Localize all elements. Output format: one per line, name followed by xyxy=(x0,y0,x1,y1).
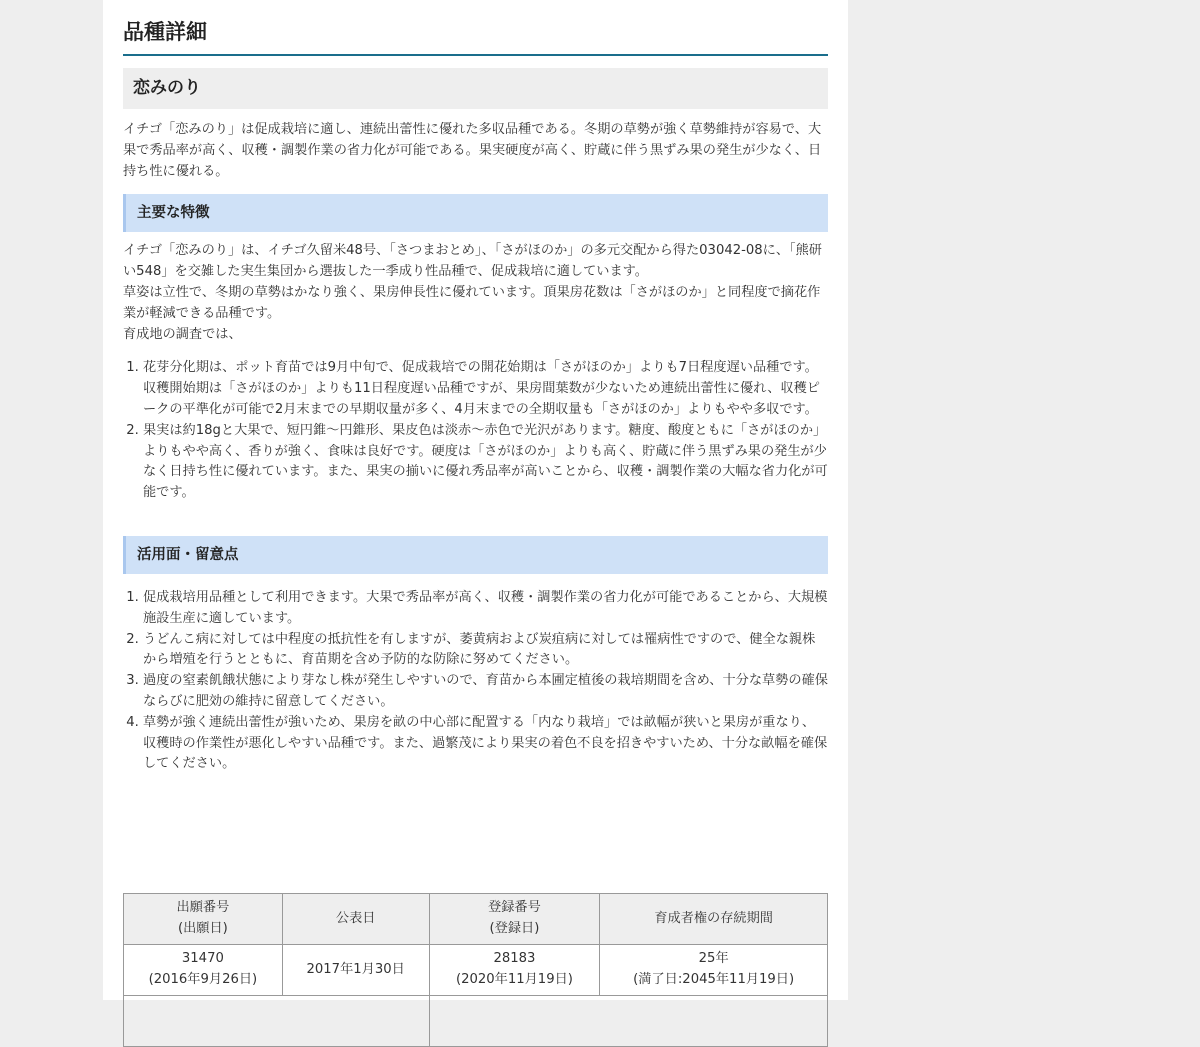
notes-list-item: 促成栽培用品種として利用できます。大果で秀品率が高く、収穫・調製作業の省力化が可… xyxy=(143,588,828,630)
page-title: 品種詳細 xyxy=(123,0,828,56)
features-paragraph: 草姿は立性で、冬期の草勢はかなり強く、果房伸長性に優れています。頂果房花数は「さ… xyxy=(123,283,828,325)
variety-name-bar: 恋みのり xyxy=(123,68,828,109)
cell-application-number: 31470 (2016年9月26日) xyxy=(124,945,283,996)
cell-registration-number: 28183 (2020年11月19日) xyxy=(429,945,600,996)
notes-list-item: うどんこ病に対しては中程度の抵抗性を有しますが、萎黄病および炭疽病に対しては罹病… xyxy=(143,630,828,672)
cell-partial xyxy=(124,996,430,1001)
table-row: 31470 (2016年9月26日) 2017年1月30日 28183 (202… xyxy=(124,945,828,996)
content-column: 品種詳細 恋みのり イチゴ「恋みのり」は促成栽培に適し、連続出蕾性に優れた多収品… xyxy=(103,0,848,1000)
notes-list-item: 草勢が強く連続出蕾性が強いため、果房を畝の中心部に配置する「内なり栽培」では畝幅… xyxy=(143,713,828,775)
features-list: 花芽分化期は、ポット育苗では9月中旬で、促成栽培での開花始期は「さがほのか」より… xyxy=(123,358,828,504)
table-header-row: 出願番号 (出願日) 公表日 登録番号 (登録日) 育成者権の存続期間 xyxy=(124,894,828,945)
header-right-duration: 育成者権の存続期間 xyxy=(600,894,828,945)
table-row-partial xyxy=(124,996,828,1001)
registration-table: 出願番号 (出願日) 公表日 登録番号 (登録日) 育成者権の存続期間 xyxy=(123,893,828,1000)
variety-detail: 品種詳細 恋みのり イチゴ「恋みのり」は促成栽培に適し、連続出蕾性に優れた多収品… xyxy=(123,0,828,775)
features-paragraph: イチゴ「恋みのり」は、イチゴ久留米48号、「さつまおとめ」、「さがほのか」の多元… xyxy=(123,241,828,283)
section-header-notes: 活用面・留意点 xyxy=(123,536,828,574)
cell-publication-date: 2017年1月30日 xyxy=(282,945,429,996)
features-paragraph: 育成地の調査では、 xyxy=(123,325,828,346)
variety-summary: イチゴ「恋みのり」は促成栽培に適し、連続出蕾性に優れた多収品種である。冬期の草勢… xyxy=(123,120,828,182)
features-list-item: 果実は約18gと大果で、短円錐〜円錐形、果皮色は淡赤〜赤色で光沢があります。糖度… xyxy=(143,421,828,504)
cell-right-duration: 25年 (満了日:2045年11月19日) xyxy=(600,945,828,996)
section-header-features: 主要な特徴 xyxy=(123,194,828,232)
features-description: イチゴ「恋みのり」は、イチゴ久留米48号、「さつまおとめ」、「さがほのか」の多元… xyxy=(123,241,828,345)
header-registration-number: 登録番号 (登録日) xyxy=(429,894,600,945)
cell-partial xyxy=(429,996,827,1001)
features-list-item: 花芽分化期は、ポット育苗では9月中旬で、促成栽培での開花始期は「さがほのか」より… xyxy=(143,358,828,420)
notes-list-item: 過度の窒素飢餓状態により芽なし株が発生しやすいので、育苗から本圃定植後の栽培期間… xyxy=(143,671,828,713)
header-publication-date: 公表日 xyxy=(282,894,429,945)
notes-list: 促成栽培用品種として利用できます。大果で秀品率が高く、収穫・調製作業の省力化が可… xyxy=(123,588,828,775)
header-application-number: 出願番号 (出願日) xyxy=(124,894,283,945)
